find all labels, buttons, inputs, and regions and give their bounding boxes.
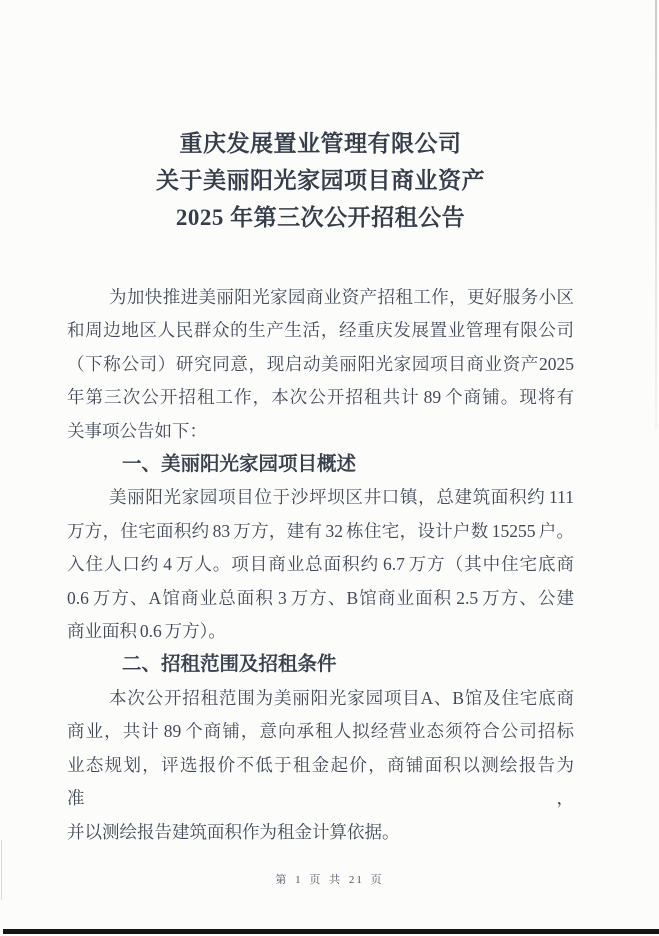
text-line: 美丽阳光家园项目位于沙坪坝区井口镇，总建筑面积约 111 xyxy=(67,481,574,514)
text-line: 和周边地区人民群众的生产生活，经重庆发展置业管理有限公司 xyxy=(67,314,574,347)
section-heading-lease-scope: 二、招租范围及招租条件 xyxy=(67,648,574,681)
scan-edge-right xyxy=(655,0,657,430)
text-line: 并以测绘报告建筑面积作为租金计算依据。 xyxy=(67,816,574,849)
section-heading-project-overview: 一、美丽阳光家园项目概述 xyxy=(67,448,574,481)
title-line-1: 重庆发展置业管理有限公司 xyxy=(67,125,574,162)
document-page: 重庆发展置业管理有限公司 关于美丽阳光家园项目商业资产 2025 年第三次公开招… xyxy=(0,0,659,936)
scan-artifact-bottom-bar xyxy=(3,929,659,934)
text-line: 为加快推进美丽阳光家园商业资产招租工作，更好服务小区 xyxy=(67,281,574,314)
text-line: 本次公开招租范围为美丽阳光家园项目A、B馆及住宅底商 xyxy=(67,682,574,715)
title-line-3: 2025 年第三次公开招租公告 xyxy=(67,199,574,236)
scan-edge-left xyxy=(1,840,2,900)
paragraph-intro: 为加快推进美丽阳光家园商业资产招租工作，更好服务小区 和周边地区人民群众的生产生… xyxy=(67,281,574,448)
page-footer: 第 1 页 共 21 页 xyxy=(0,872,659,889)
text-line: 商业面积 0.6 万方）。 xyxy=(67,615,574,648)
text-line: 商业，共计 89 个商铺，意向承租人拟经营业态须符合公司招标 xyxy=(67,715,574,748)
text-line: 关事项公告如下： xyxy=(67,415,574,448)
text-line: （下称公司）研究同意，现启动美丽阳光家园项目商业资产2025 xyxy=(67,348,574,381)
paragraph-project-overview: 美丽阳光家园项目位于沙坪坝区井口镇，总建筑面积约 111 万方，住宅面积约 83… xyxy=(67,481,574,648)
page-number: 第 1 页 共 21 页 xyxy=(275,874,383,886)
document-title: 重庆发展置业管理有限公司 关于美丽阳光家园项目商业资产 2025 年第三次公开招… xyxy=(67,125,574,236)
paragraph-lease-scope: 本次公开招租范围为美丽阳光家园项目A、B馆及住宅底商 商业，共计 89 个商铺，… xyxy=(67,682,574,849)
document-body: 为加快推进美丽阳光家园商业资产招租工作，更好服务小区 和周边地区人民群众的生产生… xyxy=(67,281,574,849)
text-line: 年第三次公开招租工作，本次公开招租共计 89 个商铺。现将有 xyxy=(67,381,574,414)
text-line: 万方，住宅面积约 83 万方，建有 32 栋住宅，设计户数 15255 户。 xyxy=(67,515,574,548)
text-line: 业态规划，评选报价不低于租金起价，商铺面积以测绘报告为准， xyxy=(67,749,574,816)
title-line-2: 关于美丽阳光家园项目商业资产 xyxy=(67,162,574,199)
text-line: 0.6 万方、A馆商业总面积 3 万方、B馆商业面积 2.5 万方、公建 xyxy=(67,582,574,615)
text-line: 入住人口约 4 万人。项目商业总面积约 6.7 万方（其中住宅底商 xyxy=(67,548,574,581)
